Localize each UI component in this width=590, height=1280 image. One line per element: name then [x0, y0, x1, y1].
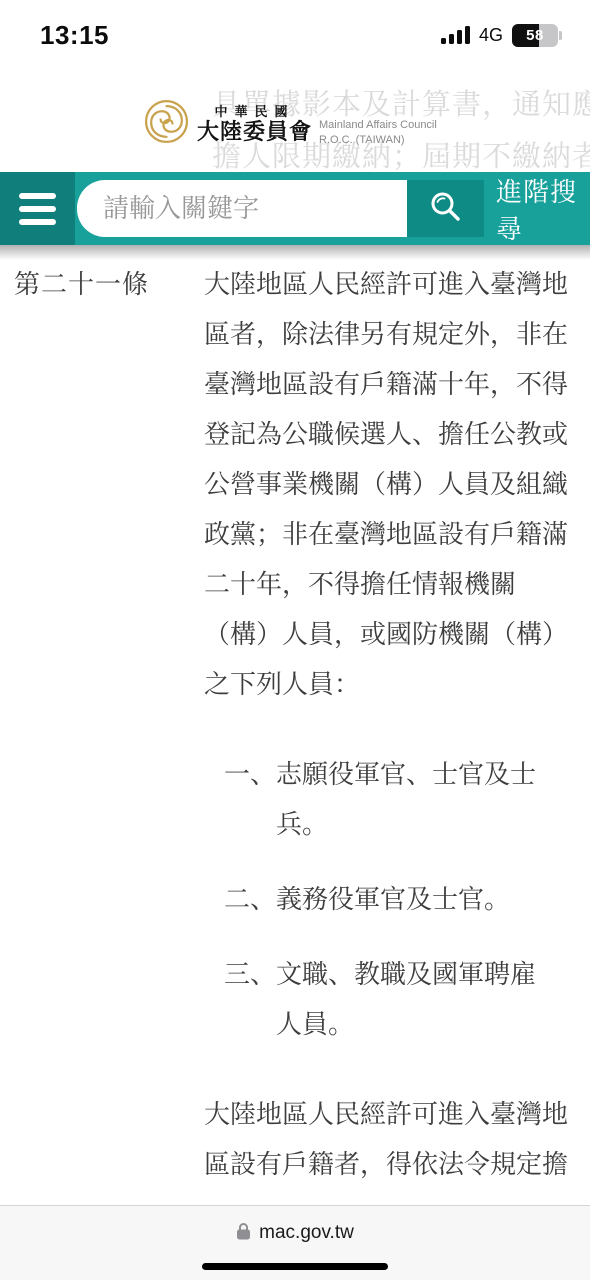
logo-english-name: Mainland Affairs Council R.O.C. (TAIWAN): [319, 118, 437, 150]
status-bar: 13:15 4G 58: [0, 0, 590, 60]
battery-cap: [559, 31, 562, 40]
clock: 13:15: [40, 20, 109, 51]
list-item-marker: 一、: [224, 749, 276, 849]
url-text: mac.gov.tw: [259, 1222, 354, 1244]
list-item-text: 文職、教職及國軍聘雇 人員。: [276, 949, 536, 1049]
article-sublist: 一、 志願役軍官、士官及士 兵。 二、 義務役軍官及士官。 三、 文職、教職及國…: [204, 749, 584, 1049]
battery-indicator: 58: [512, 24, 562, 47]
site-header: 具單據影本及計算書，通知應負 擔人限期繳納；屆期不繳納者， 中華民國 大陸委員會…: [0, 60, 590, 172]
hamburger-menu-button[interactable]: [0, 172, 75, 245]
article-row: 第二十一條 大陸地區人民經許可進入臺灣地 區者，除法律另有規定外，非在 臺灣地區…: [0, 259, 590, 1189]
list-item-marker: 二、: [224, 874, 276, 924]
hamburger-icon: [19, 193, 56, 199]
logo-cn-bottom: 大陸委員會: [197, 121, 312, 143]
article-text: 大陸地區人民經許可進入臺灣地 區者，除法律另有規定外，非在 臺灣地區設有戶籍滿十…: [204, 259, 584, 1189]
site-logo[interactable]: 中華民國 大陸委員會 Mainland Affairs Council R.O.…: [143, 98, 437, 150]
article-paragraph-2: 大陸地區人民經許可進入臺灣地 區設有戶籍者，得依法令規定擔: [204, 1089, 584, 1189]
url-address-bar[interactable]: mac.gov.tw: [0, 1216, 590, 1250]
list-item: 一、 志願役軍官、士官及士 兵。: [204, 749, 584, 849]
search-submit-button[interactable]: [407, 180, 484, 237]
network-type-label: 4G: [479, 25, 503, 46]
mobile-browser-screen: 13:15 4G 58 具單據影本及計算書，通知應負 擔人限期繳納；屆期不繳納者…: [0, 0, 590, 1280]
list-item-text: 義務役軍官及士官。: [276, 874, 510, 924]
home-indicator[interactable]: [202, 1263, 388, 1270]
battery-percent: 58: [512, 24, 558, 47]
article-content: 第二十一條 大陸地區人民經許可進入臺灣地 區者，除法律另有規定外，非在 臺灣地區…: [0, 245, 590, 1205]
list-item: 二、 義務役軍官及士官。: [204, 874, 584, 924]
signal-strength-icon: [441, 26, 470, 44]
search-icon: [427, 188, 465, 229]
browser-bottom-bar: mac.gov.tw: [0, 1205, 590, 1280]
search-input[interactable]: [77, 180, 407, 237]
search-toolbar: 進階搜尋: [0, 172, 590, 245]
article-paragraph-1: 大陸地區人民經許可進入臺灣地 區者，除法律另有規定外，非在 臺灣地區設有戶籍滿十…: [204, 259, 584, 709]
mac-emblem-icon: [143, 98, 190, 150]
logo-chinese-name: 中華民國 大陸委員會: [197, 105, 312, 143]
battery-icon: 58: [512, 24, 558, 47]
advanced-search-link[interactable]: 進階搜尋: [496, 172, 590, 245]
article-number: 第二十一條: [0, 259, 204, 309]
logo-en-line1: Mainland Affairs Council: [319, 118, 437, 133]
logo-cn-top: 中華民國: [197, 105, 312, 118]
list-item-text: 志願役軍官、士官及士 兵。: [276, 749, 536, 849]
list-item: 三、 文職、教職及國軍聘雇 人員。: [204, 949, 584, 1049]
status-icons: 4G 58: [441, 24, 562, 47]
lock-icon: [236, 1222, 251, 1245]
list-item-marker: 三、: [224, 949, 276, 1049]
logo-en-line2: R.O.C. (TAIWAN): [319, 133, 437, 148]
